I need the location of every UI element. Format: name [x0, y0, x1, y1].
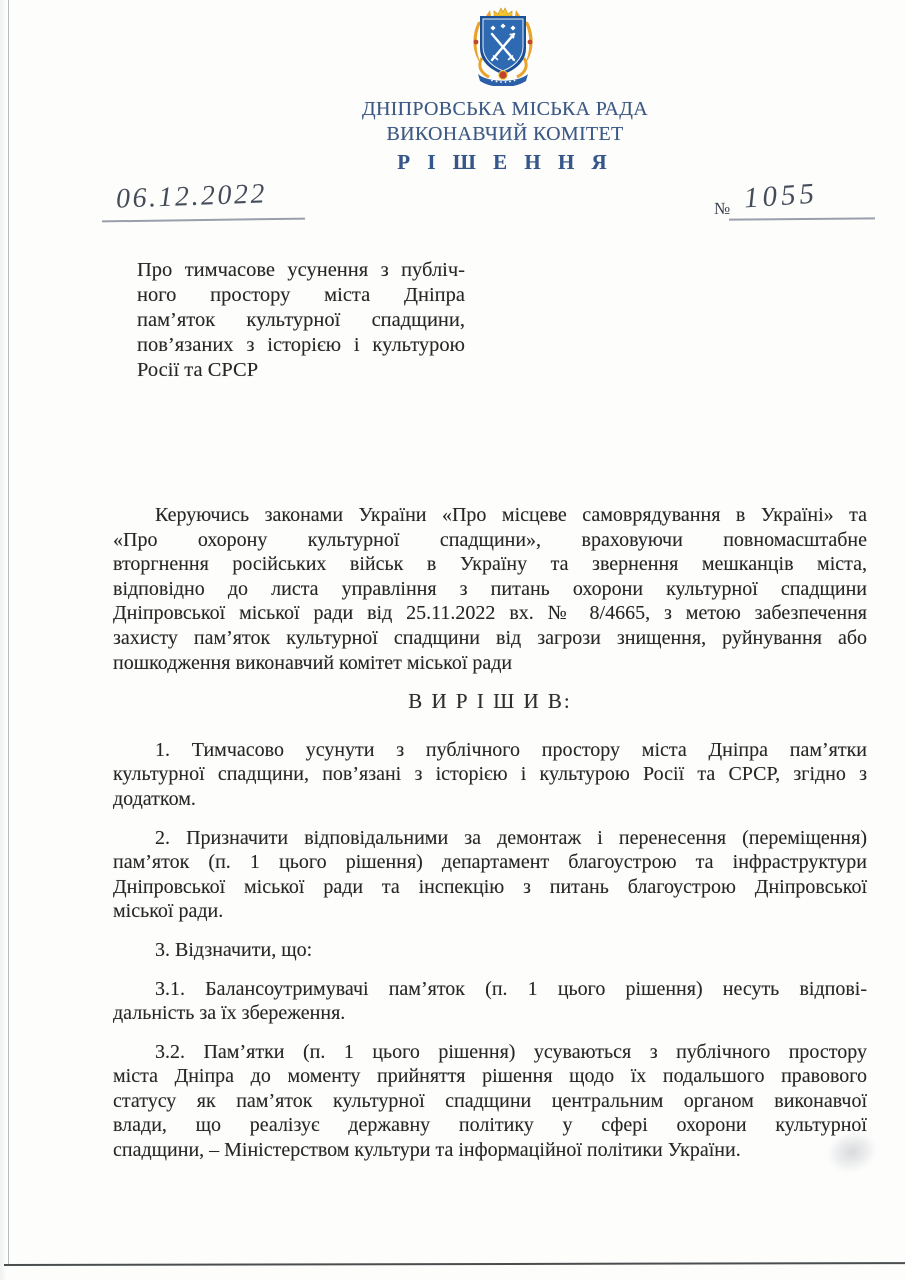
text-line: пов’язаних з історією і культурою	[137, 333, 465, 358]
text-line: пошкодження виконавчий комітет міської р…	[113, 651, 867, 676]
text-line: 3. Відзначити, що:	[113, 938, 867, 963]
scanned-page: ДНІПРОВСЬКА МІСЬКА РАДА ВИКОНАВЧИЙ КОМІТ…	[0, 0, 905, 1280]
date-underline	[102, 218, 305, 222]
text-line: міста Дніпра до моменту прийняття рішенн…	[113, 1064, 867, 1089]
text-line: додатком.	[113, 787, 867, 812]
text-line: захисту пам’яток культурної спадщини від…	[113, 626, 867, 651]
paragraph-3-2: 3.2. Пам’ятки (п. 1 цього рішення) усува…	[113, 1040, 867, 1163]
text-line: «Про охорону культурної спадщини», врахо…	[113, 528, 867, 553]
text-line: дальність за їх збереження.	[113, 1001, 867, 1026]
text-line: пам’яток культурної спадщини,	[137, 308, 465, 333]
scan-left-shade	[0, 0, 8, 1280]
resolution-heading: В И Р І Ш И В:	[113, 689, 867, 714]
number-underline	[729, 217, 875, 220]
text-line: 3.2. Пам’ятки (п. 1 цього рішення) усува…	[113, 1040, 867, 1065]
text-line: міської ради.	[113, 899, 867, 924]
text-line: 1. Тимчасово усунути з публічного просто…	[113, 738, 867, 763]
text-line: відповідно до листа управління з питань …	[113, 577, 867, 602]
text-line: Дніпровської міської ради та інспекцію з…	[113, 875, 867, 900]
handwritten-date: 06.12.2022	[115, 178, 267, 215]
document-title: Про тимчасове усунення з публіч-ного про…	[137, 258, 465, 383]
text-line: спадщини, – Міністерством культури та ін…	[113, 1138, 867, 1163]
number-sign-label: №	[714, 199, 730, 219]
text-line: Про тимчасове усунення з публіч-	[137, 258, 465, 283]
paragraph-3-1: 3.1. Балансоутримувачі пам’яток (п. 1 ць…	[113, 977, 867, 1026]
text-line: статусу як пам’яток культурної спадщини …	[113, 1089, 867, 1114]
scan-bottom-edge-line	[4, 1262, 905, 1266]
text-line: Керуючись законами України «Про місцеве …	[113, 503, 867, 528]
paragraph-1: 1. Тимчасово усунути з публічного просто…	[113, 738, 867, 812]
org-unit: ВИКОНАВЧИЙ КОМІТЕТ	[255, 122, 755, 147]
document-header: ДНІПРОВСЬКА МІСЬКА РАДА ВИКОНАВЧИЙ КОМІТ…	[255, 97, 755, 175]
text-line: вторгнення російських військ в Україну т…	[113, 552, 867, 577]
text-line: ного простору міста Дніпра	[137, 283, 465, 308]
text-line: культурної спадщини, пов’язані з історіє…	[113, 762, 867, 787]
dnipro-coat-of-arms-icon	[466, 6, 540, 86]
paragraph-3: 3. Відзначити, що:	[113, 938, 867, 963]
text-line: пам’яток (п. 1 цього рішення) департамен…	[113, 850, 867, 875]
preamble-paragraph: Керуючись законами України «Про місцеве …	[113, 503, 867, 675]
document-body: Керуючись законами України «Про місцеве …	[113, 503, 867, 1177]
document-type-title: Р І Ш Е Н Н Я	[255, 150, 755, 175]
text-line: 2. Призначити відповідальними за демонта…	[113, 826, 867, 851]
paragraph-2: 2. Призначити відповідальними за демонта…	[113, 826, 867, 924]
handwritten-number: 1055	[743, 177, 819, 215]
text-line: Росії та СРСР	[137, 358, 465, 383]
scan-left-edge-line	[8, 0, 9, 1264]
org-name: ДНІПРОВСЬКА МІСЬКА РАДА	[255, 97, 755, 122]
text-line: Дніпровської міської ради від 25.11.2022…	[113, 601, 867, 626]
text-line: 3.1. Балансоутримувачі пам’яток (п. 1 ць…	[113, 977, 867, 1002]
text-line: влади, що реалізує державну політику у с…	[113, 1113, 867, 1138]
